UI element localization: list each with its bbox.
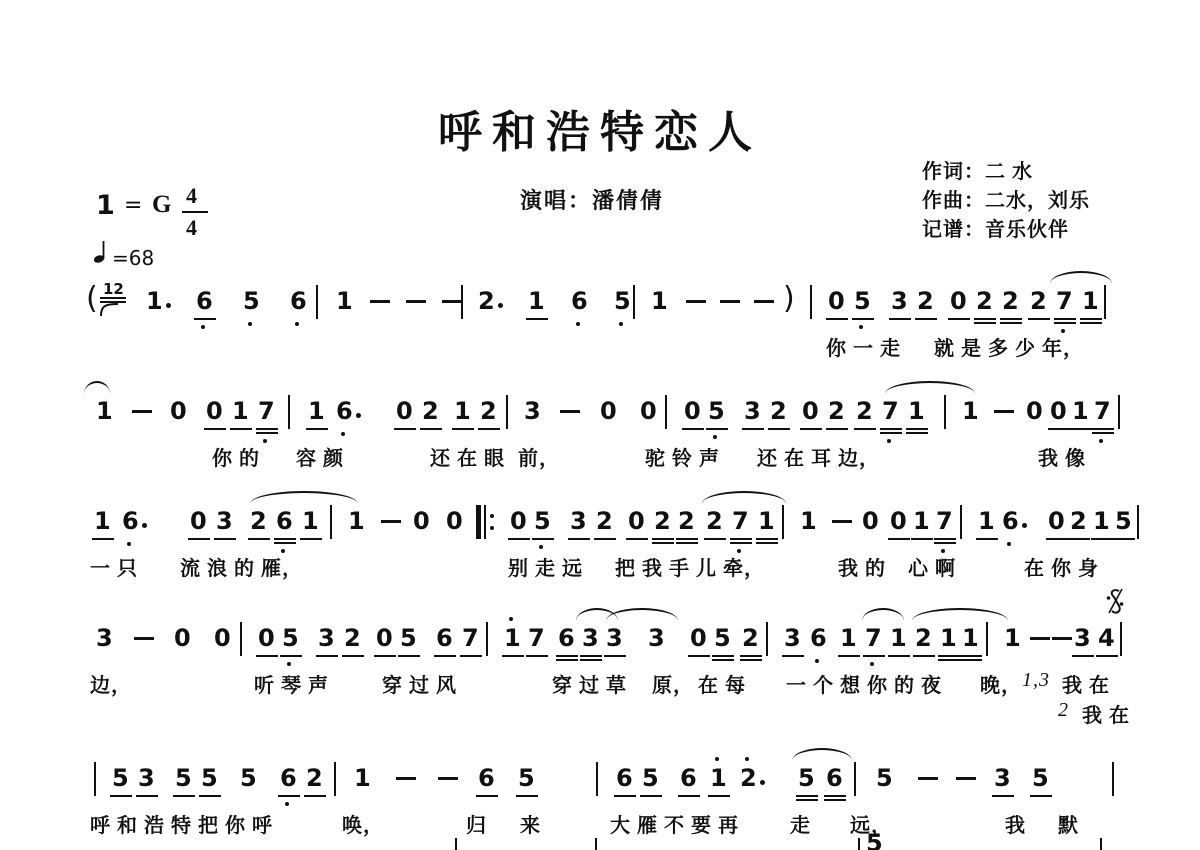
beam-line: [452, 428, 474, 430]
note: 0: [600, 398, 617, 424]
note: 3: [524, 398, 541, 424]
beam-line: [676, 538, 698, 540]
duration-dash: [1030, 637, 1050, 640]
beam-line: [992, 795, 1014, 797]
beam-line: [742, 428, 764, 430]
beam-line: [556, 659, 578, 661]
low-octave-dot: [248, 322, 252, 326]
note: 5: [708, 398, 725, 424]
duration-dash: [134, 637, 154, 640]
beam-line: [889, 318, 911, 320]
note: 1: [94, 508, 111, 534]
beam-line: [782, 655, 804, 657]
note: 1: [308, 398, 325, 424]
slur-arc: [885, 381, 975, 395]
lyric-text-verse2: 我 在: [1082, 699, 1130, 728]
beam-line: [1096, 655, 1118, 657]
beam-line: [826, 318, 848, 320]
intro-measure-count: 12: [103, 280, 124, 298]
note: 2: [306, 765, 323, 791]
beam-line: [594, 538, 616, 540]
barline: [1118, 395, 1120, 429]
barline: [1120, 622, 1122, 656]
beam-line: [306, 428, 328, 430]
note: 0: [446, 508, 463, 534]
note: 1: [302, 508, 319, 534]
note: 2: [422, 398, 439, 424]
beam-line: [1030, 795, 1052, 797]
next-line-barline-stub: [455, 838, 457, 850]
barline: [854, 762, 856, 796]
beam-line: [1046, 538, 1068, 540]
lyric-text: 把 我 手 儿 牵，: [615, 552, 765, 581]
lyric-text: 大 雁 不 要 再: [610, 809, 739, 838]
sheet-music-page: 呼和浩特恋人 演唱：潘倩倩 作词：二 水 作曲：二水，刘乐 记谱：音乐伙伴 1 …: [0, 0, 1200, 850]
note: 1: [96, 398, 113, 424]
duration-dash: [686, 300, 706, 303]
note: 3: [1074, 625, 1091, 651]
beam-line: [1091, 538, 1113, 540]
lyric-text: 呼 和 浩 特 把 你 呼: [90, 809, 273, 838]
beam-line: [173, 795, 195, 797]
beam-line: [194, 318, 216, 320]
duration-dash: [1052, 637, 1072, 640]
note: 6: [276, 508, 293, 534]
beam-line: [256, 432, 278, 434]
note: 3: [138, 765, 155, 791]
augmentation-dot: [166, 303, 171, 308]
duration-dash: [560, 410, 580, 413]
beam-line: [730, 538, 752, 540]
lyric-text: 心 啊: [908, 552, 956, 581]
augmentation-dot: [1022, 523, 1027, 528]
note: 5: [876, 765, 893, 791]
beam-line: [740, 655, 762, 657]
lyric-text: 流 浪 的 雁，: [180, 552, 303, 581]
beam-line: [476, 795, 498, 797]
beam-line: [704, 538, 726, 540]
note: 6: [571, 288, 588, 314]
low-octave-dot: [295, 322, 299, 326]
beam-line: [838, 655, 860, 657]
barline: [782, 505, 784, 539]
duration-dash: [370, 300, 390, 303]
note: 2: [1002, 288, 1019, 314]
note: 7: [882, 398, 899, 424]
beam-line: [934, 538, 956, 540]
note: 5: [1115, 508, 1132, 534]
low-octave-dot: [1007, 542, 1011, 546]
low-octave-dot: [815, 659, 819, 663]
note: 2: [976, 288, 993, 314]
note: 1: [962, 625, 979, 651]
note: 2: [856, 398, 873, 424]
note: 1: [232, 398, 249, 424]
beam-line: [906, 428, 928, 430]
beam-line: [214, 538, 236, 540]
beam-line: [852, 318, 874, 320]
note: 0: [206, 398, 223, 424]
next-line-note: 5: [866, 830, 883, 850]
beam-line: [280, 655, 302, 657]
low-octave-dot: [870, 662, 874, 666]
note: 1: [354, 765, 371, 791]
note: 1: [890, 625, 907, 651]
note: 0: [376, 625, 393, 651]
beam-line: [906, 432, 928, 434]
beam-line: [420, 428, 442, 430]
note: 5: [518, 765, 535, 791]
beam-line: [756, 538, 778, 540]
beam-line: [712, 655, 734, 657]
barline: [1104, 285, 1106, 319]
beam-line: [1054, 322, 1076, 324]
lyric-text: 在 每: [698, 669, 746, 698]
note: 2: [1030, 288, 1047, 314]
beam-line: [974, 322, 996, 324]
slur-arc: [792, 748, 852, 762]
beam-line: [888, 538, 910, 540]
barline: [330, 505, 332, 539]
beam-line: [652, 542, 674, 544]
beam-line: [938, 655, 960, 657]
note: 0: [862, 508, 879, 534]
repeat-start-barline: [484, 505, 486, 539]
beam-line: [256, 655, 278, 657]
note: 5: [798, 765, 815, 791]
low-octave-dot: [859, 325, 863, 329]
note: 0: [413, 508, 430, 534]
note: 5: [112, 765, 129, 791]
note: 2: [480, 398, 497, 424]
note: 3: [891, 288, 908, 314]
beam-line: [316, 655, 338, 657]
lyric-text: 听 琴 声: [254, 669, 329, 698]
duration-dash: [918, 777, 938, 780]
beam-line: [974, 318, 996, 320]
barline: [665, 395, 667, 429]
lyric-text: 晚，: [980, 669, 1022, 698]
augmentation-dot: [498, 303, 503, 308]
beam-line: [911, 538, 933, 540]
beam-line: [204, 428, 226, 430]
note: 0: [1048, 508, 1065, 534]
note: 5: [201, 765, 218, 791]
note: 5: [854, 288, 871, 314]
note: 1: [348, 508, 365, 534]
note: 2: [770, 398, 787, 424]
note: 3: [318, 625, 335, 651]
note: 5: [714, 625, 731, 651]
lyric-text: 一 只: [90, 552, 138, 581]
low-octave-dot: [287, 662, 291, 666]
lyric-text: 走: [790, 809, 811, 838]
note: 0: [828, 288, 845, 314]
augmentation-dot: [142, 523, 147, 528]
note: 2: [740, 765, 757, 791]
low-octave-dot: [1099, 439, 1103, 443]
duration-dash: [832, 520, 852, 523]
note: 1: [908, 398, 925, 424]
high-octave-dot: [509, 617, 513, 621]
lyric-text: 驼 铃 声: [645, 442, 720, 471]
beam-line: [1072, 655, 1094, 657]
beam-line: [230, 428, 252, 430]
lyric-text: 1,3: [1022, 669, 1050, 692]
beam-line: [394, 428, 416, 430]
barline: [1112, 762, 1114, 796]
note: 1: [962, 398, 979, 424]
low-octave-dot: [713, 435, 717, 439]
note: 3: [216, 508, 233, 534]
beam-line: [568, 538, 590, 540]
note: 7: [258, 398, 275, 424]
note: 5: [243, 288, 260, 314]
low-octave-dot: [887, 439, 891, 443]
note: 1: [1082, 288, 1099, 314]
beam-line: [526, 655, 548, 657]
lyric-text: 在 你 身: [1024, 552, 1099, 581]
note: 7: [936, 508, 953, 534]
barline: [944, 395, 946, 429]
note: 2: [678, 508, 695, 534]
lyric-text: 唤，: [342, 809, 384, 838]
note: 0: [1026, 398, 1043, 424]
beam-line: [863, 655, 885, 657]
lyric-text: 你 的: [212, 442, 260, 471]
note: 0: [258, 625, 275, 651]
low-octave-dot: [539, 545, 543, 549]
duration-dash: [381, 520, 401, 523]
beam-line: [516, 795, 538, 797]
beam-line: [934, 542, 956, 544]
beam-line: [824, 799, 846, 801]
duration-dash: [754, 300, 774, 303]
lyric-text: 原，: [652, 669, 694, 698]
beam-line: [824, 795, 846, 797]
beam-line: [1028, 318, 1050, 320]
lyric-text: 默: [1058, 809, 1079, 838]
note: 5: [534, 508, 551, 534]
note: 3: [744, 398, 761, 424]
next-line-barline-stub: [595, 838, 597, 850]
beam-line: [342, 655, 364, 657]
barline: [94, 762, 96, 796]
beam-line: [678, 795, 700, 797]
beam-line: [92, 538, 114, 540]
segno-icon: [1106, 587, 1124, 619]
note: 5: [240, 765, 257, 791]
note: 6: [1002, 508, 1019, 534]
note: 1: [710, 765, 727, 791]
beam-line: [256, 428, 278, 430]
lyric-text: 还 在 眼: [430, 442, 505, 471]
beam-line: [740, 659, 762, 661]
note: 7: [462, 625, 479, 651]
beam-line: [1080, 322, 1102, 324]
lyric-text: 归: [466, 809, 487, 838]
parenthesis: ): [783, 284, 795, 314]
augmentation-dot: [760, 780, 765, 785]
intro-hook-icon: [96, 302, 120, 321]
beam-line: [502, 655, 524, 657]
note: 6: [680, 765, 697, 791]
beam-line: [796, 799, 818, 801]
beam-line: [434, 655, 456, 657]
beam-line: [880, 432, 902, 434]
note: 5: [175, 765, 192, 791]
low-octave-dot: [127, 542, 131, 546]
note: 1: [504, 625, 521, 651]
barline: [766, 622, 768, 656]
barline: [986, 622, 988, 656]
note: 0: [640, 398, 657, 424]
note: 3: [784, 625, 801, 651]
note: 5: [642, 765, 659, 791]
beam-line: [1113, 538, 1135, 540]
note: 1: [1093, 508, 1110, 534]
note: 7: [865, 625, 882, 651]
duration-dash: [406, 300, 426, 303]
duration-dash: [442, 300, 462, 303]
note: 6: [290, 288, 307, 314]
note: 0: [510, 508, 527, 534]
note: 3: [606, 625, 623, 651]
note: 2: [250, 508, 267, 534]
beam-line: [478, 428, 500, 430]
beam-line: [526, 318, 548, 320]
beam-line: [580, 655, 602, 657]
low-octave-dot: [285, 802, 289, 806]
note: 3: [570, 508, 587, 534]
note: 2: [706, 508, 723, 534]
beam-line: [708, 795, 730, 797]
note: 1: [1004, 625, 1021, 651]
low-octave-dot: [619, 322, 623, 326]
note: 2: [596, 508, 613, 534]
note: 0: [690, 625, 707, 651]
slur-arc: [912, 608, 1008, 622]
note: 2: [917, 288, 934, 314]
note: 3: [96, 625, 113, 651]
lyric-text: 穿 过 草: [552, 669, 627, 698]
beam-line: [1000, 318, 1022, 320]
duration-dash: [396, 777, 416, 780]
barline: [486, 622, 488, 656]
note: 1: [800, 508, 817, 534]
note: 0: [890, 508, 907, 534]
beam-line: [768, 428, 790, 430]
note: 2: [1070, 508, 1087, 534]
note: 6: [558, 625, 575, 651]
beam-line: [188, 538, 210, 540]
note: 0: [174, 625, 191, 651]
beam-line: [960, 655, 982, 657]
beam-line: [800, 428, 822, 430]
duration-dash: [438, 777, 458, 780]
beam-line: [300, 538, 322, 540]
note: 0: [190, 508, 207, 534]
note: 1: [336, 288, 353, 314]
barline: [506, 395, 508, 429]
beam-line: [278, 795, 300, 797]
beam-line: [712, 659, 734, 661]
beam-line: [1070, 428, 1092, 430]
note: 1: [1072, 398, 1089, 424]
note: 7: [1094, 398, 1111, 424]
slur-arc: [1050, 271, 1112, 285]
lyric-text: 我: [1005, 809, 1026, 838]
barline: [633, 285, 635, 319]
high-octave-dot: [715, 757, 719, 761]
lyric-text: 来: [520, 809, 541, 838]
note: 2: [915, 625, 932, 651]
note: 0: [950, 288, 967, 314]
low-octave-dot: [341, 432, 345, 436]
note: 1: [146, 288, 163, 314]
note: 3: [582, 625, 599, 651]
note: 5: [614, 288, 631, 314]
note: 1: [913, 508, 930, 534]
beam-line: [374, 655, 396, 657]
lyric-text: 容 颜: [296, 442, 344, 471]
note: 6: [436, 625, 453, 651]
beam-line: [1092, 428, 1114, 430]
beam-line: [532, 538, 554, 540]
note: 1: [758, 508, 775, 534]
lyric-text: 别 走 远: [508, 552, 583, 581]
slur-arc: [606, 608, 678, 622]
barline: [316, 285, 318, 319]
beam-line: [1054, 318, 1076, 320]
note: 6: [336, 398, 353, 424]
duration-dash: [132, 410, 152, 413]
beam-line: [1048, 428, 1070, 430]
augmentation-dot: [356, 413, 361, 418]
beam-line: [398, 655, 420, 657]
beam-line: [556, 655, 578, 657]
beam-line: [888, 655, 910, 657]
beam-line: [652, 538, 674, 540]
note: 6: [616, 765, 633, 791]
lyric-text: 我 在: [1062, 669, 1110, 698]
note: 1: [651, 288, 668, 314]
barline: [288, 395, 290, 429]
low-octave-dot: [201, 325, 205, 329]
beam-line: [640, 795, 662, 797]
note: 0: [628, 508, 645, 534]
slur-arc: [862, 608, 904, 622]
barline: [596, 762, 598, 796]
beam-line: [508, 538, 530, 540]
note: 6: [810, 625, 827, 651]
repeat-start-barline: [476, 505, 481, 539]
note: 0: [170, 398, 187, 424]
slur-arc: [250, 491, 358, 505]
next-line-barline-stub: [1100, 838, 1102, 850]
lyric-text: 前，: [518, 442, 560, 471]
beam-line: [948, 318, 970, 320]
beam-line: [915, 318, 937, 320]
beam-line: [730, 542, 752, 544]
beam-line: [688, 655, 710, 657]
beam-line: [960, 659, 982, 661]
note: 7: [732, 508, 749, 534]
lyric-text: 一 个 想 你 的 夜: [786, 669, 942, 698]
low-octave-dot: [263, 439, 267, 443]
note: 2: [478, 288, 495, 314]
repeat-dot: [490, 526, 494, 530]
